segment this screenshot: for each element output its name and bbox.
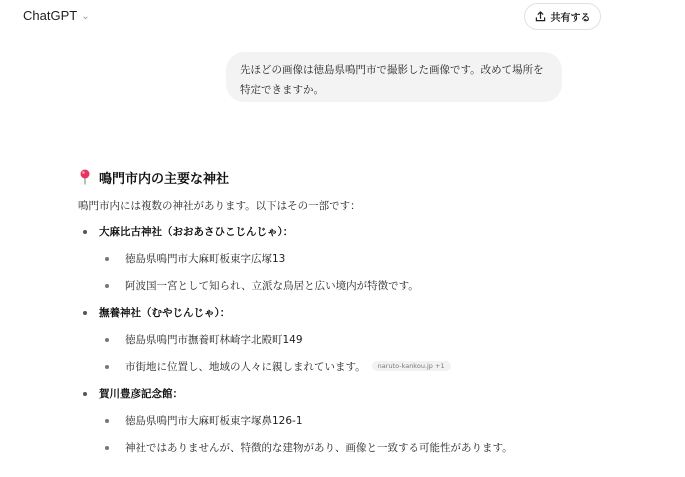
bullet	[83, 392, 87, 396]
bullet	[105, 257, 109, 261]
subitem-text: 徳島県鳴門市大麻町板東字塚鼻126-1	[125, 413, 303, 428]
heading-text: 鳴門市内の主要な神社	[99, 168, 229, 187]
subitem-text: 阿波国一宮として知られ、立派な鳥居と広い境内が特徴です。	[125, 278, 419, 293]
model-selector[interactable]: ChatGPT ⌄	[23, 8, 90, 23]
share-button[interactable]: 共有する	[524, 3, 601, 30]
bullet	[83, 311, 87, 315]
bullet	[105, 284, 109, 288]
share-upload-icon	[535, 11, 546, 22]
chat-page: ChatGPT ⌄ 共有する 先ほどの画像は徳島県鳴門市で撮影した画像です。改め…	[0, 0, 685, 477]
subitem-line: 市街地に位置し、地域の人々に親しまれています。naruto-kankou.jp …	[125, 359, 451, 374]
item-title: 撫養神社（むやじんじゃ）：	[99, 305, 230, 320]
answer-heading: 鳴門市内の主要な神社	[78, 166, 638, 188]
model-name: ChatGPT	[23, 8, 77, 23]
item-title: 大麻比古神社（おおあさひこじんじゃ）：	[99, 224, 293, 239]
subitem-text: 市街地に位置し、地域の人々に親しまれています。	[125, 361, 366, 373]
user-message-text: 先ほどの画像は徳島県鳴門市で撮影した画像です。改めて場所を特定できますか。	[240, 64, 544, 96]
subitem-text: 徳島県鳴門市大麻町板東字広塚13	[125, 251, 285, 266]
bullet	[105, 338, 109, 342]
source-citation-chip[interactable]: naruto-kankou.jp +1	[372, 361, 451, 371]
bullet	[105, 419, 109, 423]
bullet	[83, 230, 87, 234]
item-title: 賀川豊彦記念館：	[99, 386, 183, 401]
intro-text: 鳴門市内には複数の神社があります。以下はその一部です：	[78, 198, 638, 214]
round-pushpin-icon	[78, 169, 92, 185]
subitem-text: 徳島県鳴門市撫養町林崎字北殿町149	[125, 332, 303, 347]
subitem-text: 神社ではありませんが、特徴的な建物があり、画像と一致する可能性があります。	[125, 440, 513, 455]
chevron-down-icon: ⌄	[81, 11, 89, 22]
user-message-bubble: 先ほどの画像は徳島県鳴門市で撮影した画像です。改めて場所を特定できますか。	[226, 52, 562, 102]
bullet	[105, 365, 109, 369]
share-label: 共有する	[551, 9, 591, 24]
assistant-answer: 鳴門市内の主要な神社 鳴門市内には複数の神社があります。以下はその一部です：	[78, 166, 638, 214]
bullet	[105, 446, 109, 450]
